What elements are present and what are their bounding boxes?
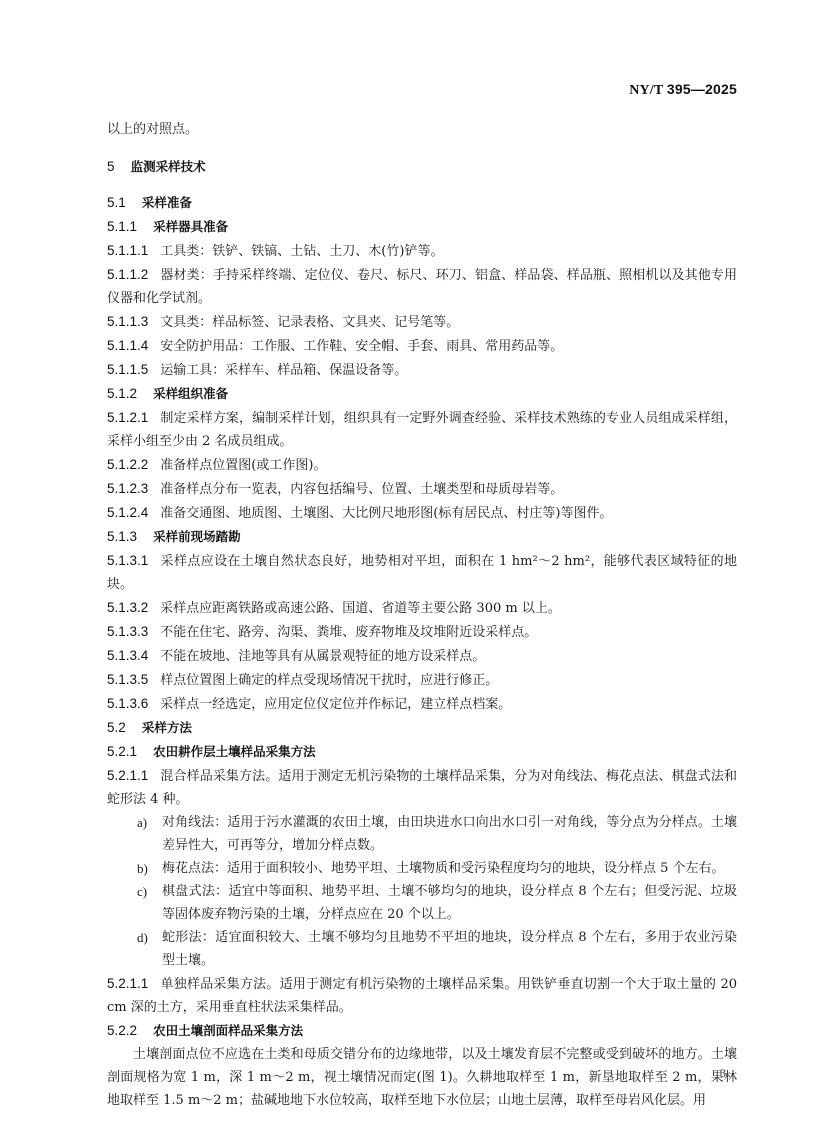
- clause-5-1-2-2: 5.1.2.2准备样点位置图(或工作图)。: [107, 453, 737, 477]
- section-number: 5.2: [107, 720, 126, 735]
- subsection-number: 5.2.2: [107, 1023, 137, 1038]
- clause-text: 采样点应距离铁路或高速公路、国道、省道等主要公路 300 m 以上。: [160, 601, 561, 616]
- list-marker: a): [137, 811, 162, 857]
- clause-text: 混合样品采集方法。适用于测定无机污染物的土壤样品采集，分为对角线法、梅花点法、棋…: [107, 769, 737, 807]
- clause-5-1-3-5: 5.1.3.5样点位置图上确定的样点受现场情况干扰时，应进行修正。: [107, 668, 737, 692]
- chapter-title: 监测采样技术: [131, 159, 206, 174]
- list-item-a: a) 对角线法：适用于污水灌溉的农田土壤，由田块进水口向出水口引一对角线，等分点…: [107, 811, 737, 857]
- list-item-d: d) 蛇形法：适宜面积较大、土壤不够均匀且地势不平坦的地块，设分样点 8 个左右…: [107, 926, 737, 972]
- clause-text: 工具类：铁铲、铁镐、土钻、土刀、木(竹)铲等。: [160, 244, 443, 259]
- clause-number: 5.1.2.2: [107, 457, 148, 472]
- subsection-title: 采样前现场踏勘: [153, 529, 241, 544]
- section-heading-5-1: 5.1 采样准备: [107, 191, 737, 215]
- clause-number: 5.1.3.1: [107, 553, 148, 568]
- clause-number: 5.1.3.5: [107, 672, 148, 687]
- chapter-number: 5: [107, 159, 115, 174]
- subsection-heading-5-1-2: 5.1.2 采样组织准备: [107, 382, 737, 406]
- section-number: 5.1: [107, 195, 126, 210]
- subsection-number: 5.1.1: [107, 219, 137, 234]
- clause-5-1-3-1: 5.1.3.1采样点应设在土壤自然状态良好，地势相对平坦，面积在 1 hm²～2…: [107, 549, 737, 596]
- clause-text: 不能在住宅、路旁、沟渠、粪堆、废弃物堆及坟堆附近设采样点。: [160, 625, 537, 640]
- clause-5-1-3-3: 5.1.3.3不能在住宅、路旁、沟渠、粪堆、废弃物堆及坟堆附近设采样点。: [107, 620, 737, 644]
- clause-text: 运输工具：采样车、样品箱、保温设备等。: [160, 363, 407, 378]
- clause-number: 5.2.1.1: [107, 976, 148, 991]
- clause-text: 文具类：样品标签、记录表格、文具夹、记号笔等。: [160, 315, 459, 330]
- standard-prefix: NY/T: [629, 83, 663, 98]
- subsection-heading-5-2-2: 5.2.2 农田土壤剖面样品采集方法: [107, 1019, 737, 1043]
- clause-text: 准备样点分布一览表，内容包括编号、位置、土壤类型和母质母岩等。: [160, 482, 563, 497]
- subsection-number: 5.1.3: [107, 529, 137, 544]
- subsection-title: 采样器具准备: [153, 219, 228, 234]
- profile-paragraph: 土壤剖面点位不应选在土类和母质交错分布的边缘地带，以及土壤发育层不完整或受到破坏…: [107, 1043, 737, 1112]
- subsection-heading-5-1-3: 5.1.3 采样前现场踏勘: [107, 525, 737, 549]
- subsection-heading-5-1-1: 5.1.1 采样器具准备: [107, 215, 737, 239]
- clause-number: 5.1.1.4: [107, 338, 148, 353]
- clause-number: 5.1.1.5: [107, 362, 148, 377]
- clause-text: 样点位置图上确定的样点受现场情况干扰时，应进行修正。: [160, 673, 498, 688]
- clause-text: 器材类：手持采样终端、定位仪、卷尺、标尺、环刀、铝盒、样品袋、样品瓶、照相机以及…: [107, 268, 737, 306]
- clause-number: 5.1.1.1: [107, 243, 148, 258]
- clause-number: 5.1.1.2: [107, 267, 148, 282]
- clause-5-1-2-4: 5.1.2.4准备交通图、地质图、土壤图、大比例尺地形图(标有居民点、村庄等)等…: [107, 501, 737, 525]
- clause-text: 准备样点位置图(或工作图)。: [160, 458, 326, 473]
- clause-5-1-1-4: 5.1.1.4安全防护用品：工作服、工作鞋、安全帽、手套、雨具、常用药品等。: [107, 334, 737, 358]
- clause-number: 5.1.3.4: [107, 648, 148, 663]
- clause-text: 不能在坡地、洼地等具有从属景观特征的地方设采样点。: [160, 649, 485, 664]
- clause-number: 5.1.2.1: [107, 410, 148, 425]
- clause-5-1-3-6: 5.1.3.6采样点一经选定，应用定位仪定位并作标记，建立样点档案。: [107, 692, 737, 716]
- clause-number: 5.1.2.3: [107, 481, 148, 496]
- clause-5-2-1-1-single: 5.2.1.1单独样品采集方法。适用于测定有机污染物的土壤样品采集。用铁铲垂直切…: [107, 972, 737, 1019]
- clause-text: 单独样品采集方法。适用于测定有机污染物的土壤样品采集。用铁铲垂直切割一个大于取土…: [107, 977, 737, 1015]
- section-heading-5-2: 5.2 采样方法: [107, 716, 737, 740]
- list-marker: c): [137, 880, 162, 926]
- clause-text: 制定采样方案，编制采样计划，组织具有一定野外调查经验、采样技术熟练的专业人员组成…: [107, 411, 737, 449]
- list-text: 梅花点法：适用于面积较小、地势平坦、土壤物质和受污染程度均匀的地块，设分样点 5…: [162, 857, 737, 880]
- list-item-b: b) 梅花点法：适用于面积较小、地势平坦、土壤物质和受污染程度均匀的地块，设分样…: [107, 857, 737, 880]
- clause-text: 安全防护用品：工作服、工作鞋、安全帽、手套、雨具、常用药品等。: [160, 339, 563, 354]
- clause-text: 采样点应设在土壤自然状态良好，地势相对平坦，面积在 1 hm²～2 hm²，能够…: [107, 554, 737, 592]
- clause-5-1-1-1: 5.1.1.1工具类：铁铲、铁镐、土钻、土刀、木(竹)铲等。: [107, 239, 737, 263]
- continuation-text: 以上的对照点。: [107, 118, 737, 141]
- list-marker: b): [137, 857, 162, 880]
- list-item-c: c) 棋盘式法：适宜中等面积、地势平坦、土壤不够均匀的地块，设分样点 8 个左右…: [107, 880, 737, 926]
- subsection-number: 5.1.2: [107, 386, 137, 401]
- section-title: 采样方法: [142, 720, 192, 735]
- clause-number: 5.1.3.2: [107, 600, 148, 615]
- list-text: 蛇形法：适宜面积较大、土壤不够均匀且地势不平坦的地块，设分样点 8 个左右，多用…: [162, 926, 737, 972]
- list-text: 棋盘式法：适宜中等面积、地势平坦、土壤不够均匀的地块，设分样点 8 个左右；但受…: [162, 880, 737, 926]
- clause-text: 准备交通图、地质图、土壤图、大比例尺地形图(标有居民点、村庄等)等图件。: [160, 506, 612, 521]
- clause-5-1-1-3: 5.1.1.3文具类：样品标签、记录表格、文具夹、记号笔等。: [107, 310, 737, 334]
- subsection-title: 农田耕作层土壤样品采集方法: [153, 744, 316, 759]
- clause-5-1-3-2: 5.1.3.2采样点应距离铁路或高速公路、国道、省道等主要公路 300 m 以上…: [107, 596, 737, 620]
- clause-number: 5.1.1.3: [107, 314, 148, 329]
- page-number: 3: [720, 1066, 726, 1081]
- chapter-heading: 5 监测采样技术: [107, 155, 737, 179]
- clause-number: 5.1.3.6: [107, 696, 148, 711]
- clause-text: 采样点一经选定，应用定位仪定位并作标记，建立样点档案。: [160, 697, 511, 712]
- section-title: 采样准备: [142, 195, 192, 210]
- list-text: 对角线法：适用于污水灌溉的农田土壤，由田块进水口向出水口引一对角线，等分点为分样…: [162, 811, 737, 857]
- clause-5-1-3-4: 5.1.3.4不能在坡地、洼地等具有从属景观特征的地方设采样点。: [107, 644, 737, 668]
- clause-number: 5.2.1.1: [107, 768, 148, 783]
- subsection-title: 农田土壤剖面样品采集方法: [153, 1023, 303, 1038]
- standard-code-header: NY/T 395—2025: [629, 81, 737, 99]
- clause-number: 5.1.2.4: [107, 505, 148, 520]
- clause-number: 5.1.3.3: [107, 624, 148, 639]
- subsection-heading-5-2-1: 5.2.1 农田耕作层土壤样品采集方法: [107, 740, 737, 764]
- list-marker: d): [137, 926, 162, 972]
- clause-5-1-2-3: 5.1.2.3准备样点分布一览表，内容包括编号、位置、土壤类型和母质母岩等。: [107, 477, 737, 501]
- clause-5-2-1-1-mixed: 5.2.1.1混合样品采集方法。适用于测定无机污染物的土壤样品采集，分为对角线法…: [107, 764, 737, 811]
- clause-5-1-1-2: 5.1.1.2器材类：手持采样终端、定位仪、卷尺、标尺、环刀、铝盒、样品袋、样品…: [107, 263, 737, 310]
- subsection-title: 采样组织准备: [153, 386, 228, 401]
- subsection-number: 5.2.1: [107, 744, 137, 759]
- clause-5-1-1-5: 5.1.1.5运输工具：采样车、样品箱、保温设备等。: [107, 358, 737, 382]
- clause-5-1-2-1: 5.1.2.1制定采样方案，编制采样计划，组织具有一定野外调查经验、采样技术熟练…: [107, 406, 737, 453]
- document-body: 以上的对照点。 5 监测采样技术 5.1 采样准备 5.1.1 采样器具准备 5…: [107, 118, 737, 1112]
- standard-number: 395—2025: [667, 81, 737, 97]
